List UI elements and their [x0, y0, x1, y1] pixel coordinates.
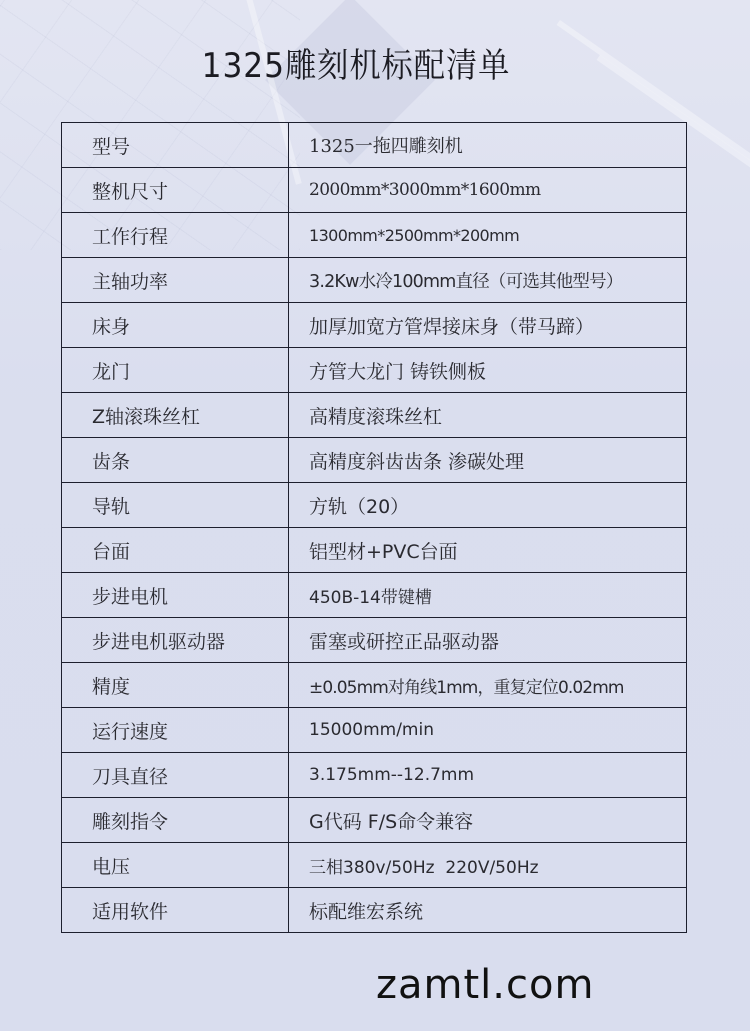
spec-value: 铝型材+PVC台面 [289, 528, 687, 573]
spec-label: 步进电机驱动器 [62, 618, 289, 663]
spec-label: 适用软件 [62, 888, 289, 933]
page-title: 1325雕刻机标配清单 [28, 38, 683, 87]
spec-label: 导轨 [62, 483, 289, 528]
spec-label: 床身 [62, 303, 289, 348]
table-row: 床身 加厚加宽方管焊接床身（带马蹄） [62, 303, 687, 348]
spec-label: 齿条 [62, 438, 289, 483]
spec-value: 方轨（20） [289, 483, 687, 528]
spec-label: 运行速度 [62, 708, 289, 753]
spec-label: 刀具直径 [62, 753, 289, 798]
spec-label: 精度 [62, 663, 289, 708]
table-row: 步进电机 450B-14带键槽 [62, 573, 687, 618]
table-row: 整机尺寸 2000mm*3000mm*1600mm [62, 168, 687, 213]
spec-label: 整机尺寸 [62, 168, 289, 213]
spec-value: 15000mm/min [289, 708, 687, 753]
table-row: 台面 铝型材+PVC台面 [62, 528, 687, 573]
spec-label: 步进电机 [62, 573, 289, 618]
watermark-text: zamtl.com [376, 962, 594, 1008]
spec-value: 1300mm*2500mm*200mm [289, 213, 687, 258]
spec-label: 型号 [62, 123, 289, 168]
spec-value: 3.2Kw水冷100mm直径（可选其他型号） [289, 258, 687, 303]
spec-value: 三相380v/50Hz 220V/50Hz [289, 843, 687, 888]
spec-value: 加厚加宽方管焊接床身（带马蹄） [289, 303, 687, 348]
table-row: 雕刻指令 G代码 F/S命令兼容 [62, 798, 687, 843]
spec-value: 高精度斜齿齿条 渗碳处理 [289, 438, 687, 483]
spec-value: 方管大龙门 铸铁侧板 [289, 348, 687, 393]
table-row: 型号 1325一拖四雕刻机 [62, 123, 687, 168]
table-row: 齿条 高精度斜齿齿条 渗碳处理 [62, 438, 687, 483]
spec-label: 龙门 [62, 348, 289, 393]
spec-value: 雷塞或研控正品驱动器 [289, 618, 687, 663]
spec-value: 450B-14带键槽 [289, 573, 687, 618]
table-row: 导轨 方轨（20） [62, 483, 687, 528]
spec-label: 主轴功率 [62, 258, 289, 303]
spec-label: 雕刻指令 [62, 798, 289, 843]
table-row: 精度 ±0.05mm对角线1mm，重复定位0.02mm [62, 663, 687, 708]
table-row: 电压 三相380v/50Hz 220V/50Hz [62, 843, 687, 888]
table-row: 主轴功率 3.2Kw水冷100mm直径（可选其他型号） [62, 258, 687, 303]
spec-value: 3.175mm--12.7mm [289, 753, 687, 798]
spec-value: 2000mm*3000mm*1600mm [289, 168, 687, 213]
spec-value: G代码 F/S命令兼容 [289, 798, 687, 843]
spec-label: 台面 [62, 528, 289, 573]
spec-value: 高精度滚珠丝杠 [289, 393, 687, 438]
table-row: 龙门 方管大龙门 铸铁侧板 [62, 348, 687, 393]
spec-label: 电压 [62, 843, 289, 888]
spec-value: 1325一拖四雕刻机 [289, 123, 687, 168]
table-row: 步进电机驱动器 雷塞或研控正品驱动器 [62, 618, 687, 663]
spec-value: ±0.05mm对角线1mm，重复定位0.02mm [289, 663, 687, 708]
table-row: 工作行程 1300mm*2500mm*200mm [62, 213, 687, 258]
spec-table: 型号 1325一拖四雕刻机 整机尺寸 2000mm*3000mm*1600mm … [61, 122, 687, 933]
spec-label: Z轴滚珠丝杠 [62, 393, 289, 438]
table-row: Z轴滚珠丝杠 高精度滚珠丝杠 [62, 393, 687, 438]
table-row: 运行速度 15000mm/min [62, 708, 687, 753]
table-row: 刀具直径 3.175mm--12.7mm [62, 753, 687, 798]
spec-value: 标配维宏系统 [289, 888, 687, 933]
spec-label: 工作行程 [62, 213, 289, 258]
table-row: 适用软件 标配维宏系统 [62, 888, 687, 933]
